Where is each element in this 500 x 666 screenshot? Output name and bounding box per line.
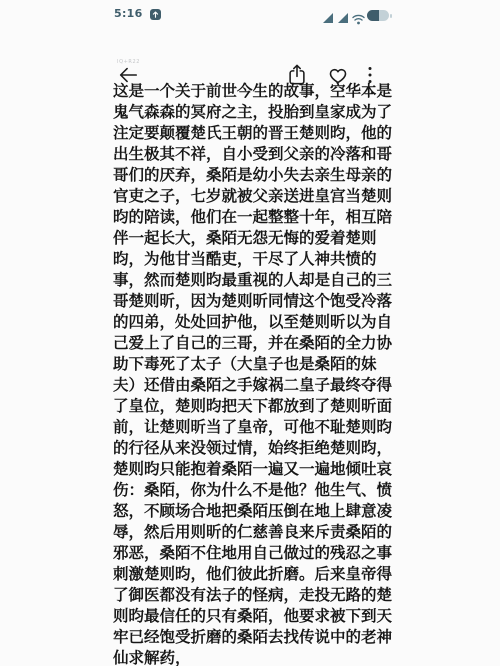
article-line: 刺激楚则昀，他们彼此折磨。后来皇帝得 (113, 564, 397, 585)
article-body: 这是一个关于前世今生的故事，空华本是鬼气森森的冥府之主，投胎到皇家成为了注定要颠… (113, 81, 397, 666)
article-line: 夫）还借由桑陌之手嫁祸二皇子最终夺得 (113, 375, 397, 396)
watermark-text: IQ+R22 (117, 59, 140, 65)
article-line: 伴一起长大，桑陌无怨无悔的爱着楚则 (113, 228, 397, 249)
article-line: 昀的陪读，他们在一起整整十年，相互陪 (113, 207, 397, 228)
status-time: 5:16 (114, 7, 143, 20)
article-line: 伤：桑陌，你为什么不是他？他生气、愤 (113, 480, 397, 501)
article-line: 的行径从来没领过情，始终拒绝楚则昀， (113, 438, 397, 459)
article-line: 这是一个关于前世今生的故事，空华本是 (113, 81, 397, 102)
battery-tip (390, 14, 392, 18)
article-line: 辱，然后用则昕的仁慈善良来斥责桑陌的 (113, 522, 397, 543)
article-line: 事，然而楚则昀最重视的人却是自己的三 (113, 270, 397, 291)
article-line: 仙求解药， (113, 648, 397, 666)
cellular-signal-sim2-icon (337, 9, 349, 28)
article-lines: 这是一个关于前世今生的故事，空华本是鬼气森森的冥府之主，投胎到皇家成为了注定要颠… (113, 81, 397, 666)
status-bar: 5:16 (0, 0, 500, 30)
article-line: 哥楚则昕，因为楚则昕同情这个饱受冷落 (113, 291, 397, 312)
article-line: 了皇位，楚则昀把天下都放到了楚则昕面 (113, 396, 397, 417)
article-line: 鬼气森森的冥府之主，投胎到皇家成为了 (113, 102, 397, 123)
battery-icon (367, 10, 389, 21)
nav-bar (0, 30, 500, 66)
article-line: 己爱上了自己的三哥，并在桑陌的全力协 (113, 333, 397, 354)
article-line: 助下毒死了太子（大皇子也是桑陌的妹 (113, 354, 397, 375)
article-line: 前，让楚则昕当了皇帝，可他不耻楚则昀 (113, 417, 397, 438)
update-arrow-badge-icon (150, 9, 161, 20)
cellular-signal-sim1-icon (322, 9, 334, 28)
article-line: 怒，不顾场合地把桑陌压倒在地上肆意凌 (113, 501, 397, 522)
battery-fill (367, 10, 379, 21)
article-line: 牢已经饱受折磨的桑陌去找传说中的老神 (113, 627, 397, 648)
article-line: 昀，为他甘当酷吏，干尽了人神共愤的 (113, 249, 397, 270)
phone-screen: 5:16 (0, 0, 500, 666)
article-line: 则昀最信任的只有桑陌，他要求被下到天 (113, 606, 397, 627)
article-line: 了御医都没有法子的怪病，走投无路的楚 (113, 585, 397, 606)
article-line: 邪恶，桑陌不住地用自己做过的残忍之事 (113, 543, 397, 564)
article-line: 注定要颠覆楚氏王朝的晋王楚则昀，他的 (113, 123, 397, 144)
article-line: 的四弟，处处回护他，以至楚则昕以为自 (113, 312, 397, 333)
article-line: 哥们的厌弃，桑陌是幼小失去亲生母亲的 (113, 165, 397, 186)
article-line: 出生极其不祥，自小受到父亲的冷落和哥 (113, 144, 397, 165)
article-line: 楚则昀只能抱着桑陌一遍又一遍地倾吐哀 (113, 459, 397, 480)
wifi-icon (352, 10, 365, 29)
article-line: 官吏之子，七岁就被父亲送进皇宫当楚则 (113, 186, 397, 207)
